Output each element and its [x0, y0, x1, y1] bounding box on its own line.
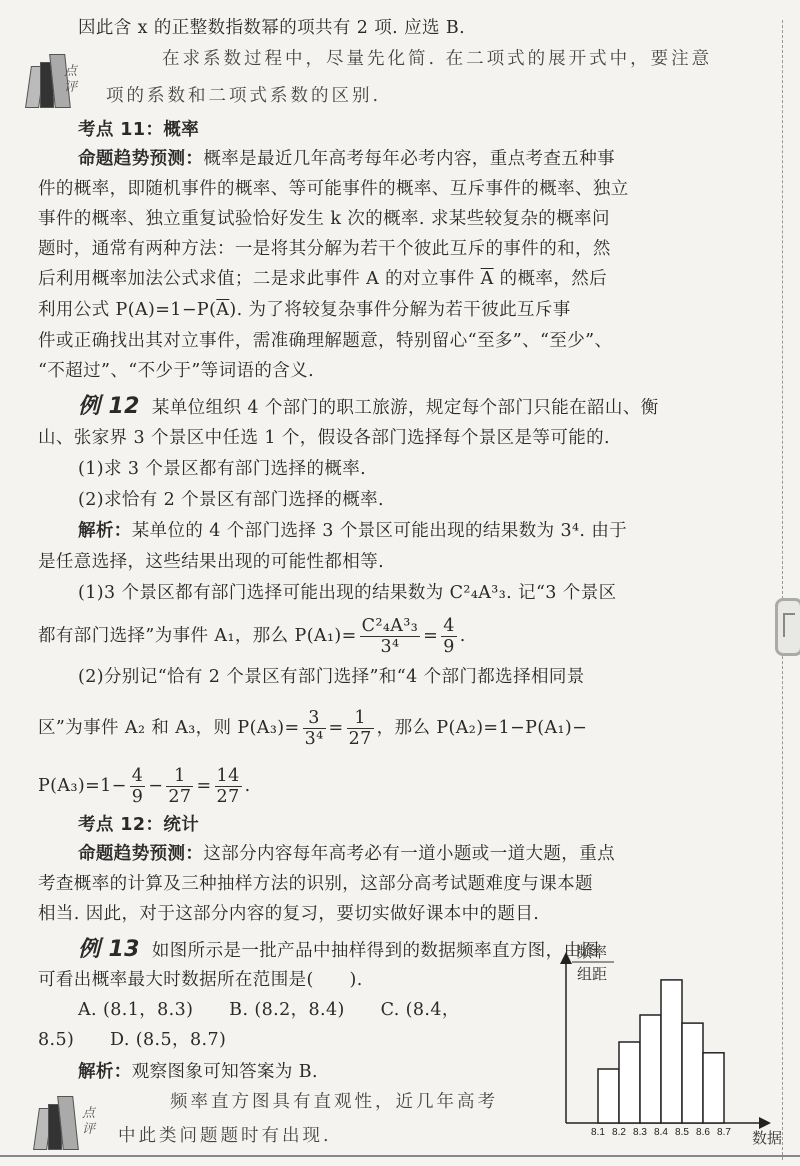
- svg-text:8.6: 8.6: [696, 1127, 710, 1138]
- text-line: 可看出概率最大时数据所在范围是( ).: [38, 968, 363, 992]
- note-text: 中此类问题题时有出现.: [118, 1124, 332, 1148]
- histogram-bar: [598, 1069, 619, 1123]
- fraction: 127: [166, 766, 193, 807]
- text-line: (1)3 个景区都有部门选择可能出现的结果数为 C²₄A³₃. 记“3 个景区: [78, 581, 617, 605]
- text-line: “不超过”、“不少于”等词语的含义.: [38, 359, 314, 383]
- histogram-bar: [682, 1023, 703, 1123]
- histogram-bar: [661, 980, 682, 1123]
- svg-text:组距: 组距: [577, 965, 607, 983]
- fraction: C²₄A³₃3⁴: [360, 616, 421, 657]
- text: 的概率，然后: [494, 269, 607, 289]
- example-12: 例 12某单位组织 4 个部门的职工旅游，规定每个部门只能在韶山、衡: [78, 395, 659, 420]
- text-line: 后利用概率加法公式求值；二是求此事件 A 的对立事件 A 的概率，然后: [38, 267, 607, 291]
- question-2: (2)求恰有 2 个景区有部门选择的概率.: [78, 488, 384, 512]
- label: 命题趋势预测：: [78, 149, 203, 169]
- fraction: 1427: [215, 766, 242, 807]
- fraction: 49: [130, 766, 146, 807]
- example-label: 例 13: [78, 937, 140, 962]
- text-line: 解析：某单位的 4 个部门选择 3 个景区可能出现的结果数为 3⁴. 由于: [78, 519, 627, 543]
- question-1: (1)求 3 个景区都有部门选择的概率.: [78, 457, 366, 481]
- example-label: 例 12: [78, 394, 140, 419]
- text: 观察图象可知答案为 B.: [132, 1062, 318, 1082]
- text: 后利用概率加法公式求值；二是求此事件 A 的对立事件: [38, 269, 481, 289]
- histogram-bar: [640, 1015, 661, 1123]
- fraction: 33⁴: [303, 708, 326, 749]
- svg-text:8.7: 8.7: [717, 1127, 731, 1138]
- histogram-bar: [703, 1053, 724, 1123]
- svg-text:8.1: 8.1: [591, 1127, 605, 1138]
- text-line: (2)分别记“恰有 2 个景区有部门选择”和“4 个部门都选择相同景: [78, 665, 585, 689]
- section-title: 考点 12：统计: [78, 813, 199, 837]
- text-line: 命题趋势预测：概率是最近几年高考每年必考内容，重点考查五种事: [78, 147, 615, 171]
- example-13: 例 13如图所示是一批产品中抽样得到的数据频率直方图，由图: [78, 938, 599, 963]
- chapter-tab-icon: [775, 598, 800, 656]
- svg-text:8.4: 8.4: [654, 1127, 668, 1138]
- note-label: 点评: [64, 64, 80, 96]
- formula-line: 都有部门选择”为事件 A₁，那么 P(A₁)=C²₄A³₃3⁴=49.: [38, 616, 466, 657]
- histogram-bar: [619, 1042, 640, 1123]
- text-line: 是任意选择，这些结果出现的可能性都相等.: [38, 550, 384, 574]
- text-line: 相当. 因此，对于这部分内容的复习，要切实做好课本中的题目.: [38, 902, 539, 926]
- options-line: 8.5) D. (8.5，8.7): [38, 1028, 226, 1052]
- text-line: 事件的概率、独立重复试验恰好发生 k 次的概率. 求某些较复杂的概率问: [38, 207, 610, 231]
- text-line: 考查概率的计算及三种抽样方法的识别，这部分高考试题难度与课本题: [38, 872, 593, 896]
- text: ). 为了将较复杂事件分解为若干彼此互斥事: [229, 300, 570, 320]
- text-line: 命题趋势预测：这部分内容每年高考必有一道小题或一道大题，重点: [78, 842, 615, 866]
- text: 如图所示是一批产品中抽样得到的数据频率直方图，由图: [152, 941, 600, 961]
- options-line: A. (8.1，8.3) B. (8.2，8.4) C. (8.4，: [78, 998, 460, 1022]
- text: 概率是最近几年高考每年必考内容，重点考查五种事: [203, 149, 615, 169]
- text-line: 题时，通常有两种方法：一是将其分解为若干个彼此互斥的事件的和，然: [38, 237, 611, 261]
- solution-label: 解析：: [78, 1062, 132, 1082]
- formula-line: 区”为事件 A₂ 和 A₃，则 P(A₃)=33⁴=127，那么 P(A₂)=1…: [38, 708, 587, 749]
- text: 利用公式 P(A)=1−P(: [38, 300, 216, 320]
- complement-A: A: [216, 300, 229, 320]
- fraction: 127: [347, 708, 374, 749]
- label: 命题趋势预测：: [78, 844, 203, 864]
- svg-text:8.3: 8.3: [633, 1127, 647, 1138]
- section-title: 考点 11：概率: [78, 118, 199, 142]
- text-line: 山、张家界 3 个景区中任选 1 个，假设各部门选择每个景区是等可能的.: [38, 426, 610, 450]
- solution-label: 解析：: [78, 521, 132, 541]
- text: 某单位的 4 个部门选择 3 个景区可能出现的结果数为 3⁴. 由于: [132, 521, 627, 541]
- note-text: 频率直方图具有直观性，近几年高考: [170, 1090, 498, 1114]
- text-line: 因此含 x 的正整数指数幂的项共有 2 项. 应选 B.: [78, 16, 465, 40]
- fraction: 49: [441, 616, 457, 657]
- text-line: 解析：观察图象可知答案为 B.: [78, 1060, 318, 1084]
- svg-text:数据: 数据: [752, 1129, 782, 1147]
- note-text: 在求系数过程中，尽量先化简. 在二项式的展开式中，要注意: [162, 47, 712, 71]
- svg-text:8.2: 8.2: [612, 1127, 626, 1138]
- svg-text:频率: 频率: [577, 943, 607, 961]
- text: 某单位组织 4 个部门的职工旅游，规定每个部门只能在韶山、衡: [152, 398, 659, 418]
- note-text: 项的系数和二项式系数的区别.: [106, 84, 381, 108]
- formula-line: P(A₃)=1−49−127=1427.: [38, 766, 251, 807]
- frequency-histogram: 8.18.28.38.48.58.68.7 频率 组距 数据: [560, 935, 790, 1150]
- note-label: 点评: [82, 1106, 98, 1138]
- textbook-page: 因此含 x 的正整数指数幂的项共有 2 项. 应选 B. 点评 在求系数过程中，…: [0, 0, 800, 1166]
- text-line: 件的概率，即随机事件的概率、等可能事件的概率、互斥事件的概率、独立: [38, 177, 629, 201]
- text: 都有部门选择”为事件 A₁，那么 P(A₁)=: [38, 626, 357, 646]
- text-line: 件或正确找出其对立事件，需准确理解题意，特别留心“至多”、“至少”、: [38, 329, 612, 353]
- svg-text:8.5: 8.5: [675, 1127, 689, 1138]
- text: 这部分内容每年高考必有一道小题或一道大题，重点: [203, 844, 615, 864]
- complement-A: A: [481, 269, 494, 289]
- text-line: 利用公式 P(A)=1−P(A). 为了将较复杂事件分解为若干彼此互斥事: [38, 298, 571, 322]
- bottom-rule: [0, 1155, 800, 1157]
